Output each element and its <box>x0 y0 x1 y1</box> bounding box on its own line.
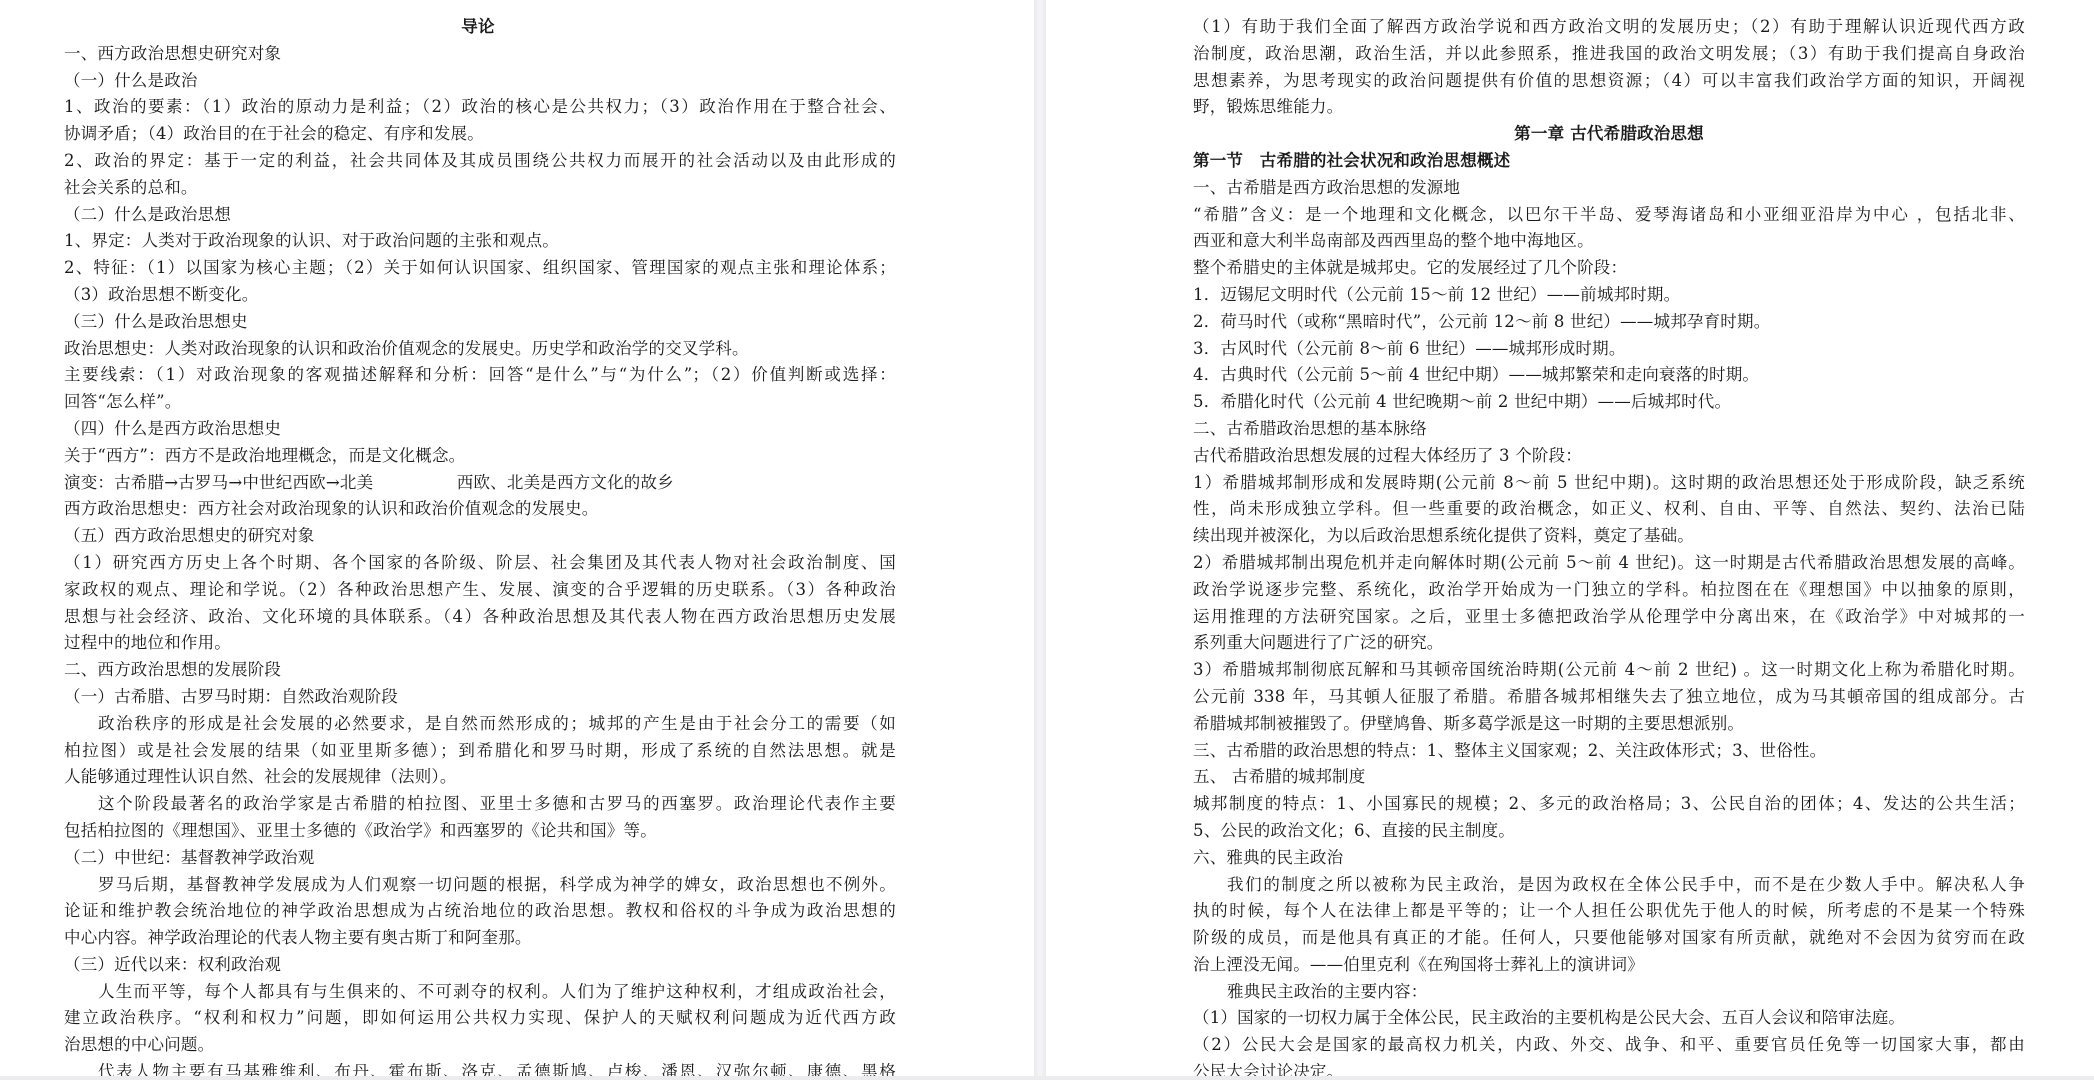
text-line: 2、政治的界定：基于一定的利益，社会共同体及其成员围绕公共权力而展开的社会活动以… <box>64 148 896 175</box>
text-line: 治思想的中心问题。 <box>64 1032 896 1059</box>
text-line: （一）什么是政治 <box>64 68 896 95</box>
text-line: 5．希腊化时代（公元前 4 世纪晚期～前 2 世纪中期）——后城邦时代。 <box>1193 389 2025 416</box>
text-line: 运用推理的方法研究国家。之后，亚里士多德把政治学从伦理学中分离出來，在《政治学》… <box>1193 604 2025 631</box>
text-line: 柏拉图）或是社会发展的结果（如亚里斯多德）；到希腊化和罗马时期，形成了系统的自然… <box>64 738 896 765</box>
text-line: 5、公民的政治文化；6、直接的民主制度。 <box>1193 818 2025 845</box>
text-line: 罗马后期，基督教神学发展成为人们观察一切问题的根据，科学成为神学的婢女，政治思想… <box>64 872 896 899</box>
text-line: 社会关系的总和。 <box>64 175 896 202</box>
text-line: 城邦制度的特点：1、小国寡民的规模；2、多元的政治格局；3、公民自治的团体；4、… <box>1193 791 2025 818</box>
text-line: 过程中的地位和作用。 <box>64 630 896 657</box>
text-line: （三）什么是政治思想史 <box>64 309 896 336</box>
text-line: 续出现并被深化，为以后政治思想系统化提供了资料，奠定了基础。 <box>1193 523 2025 550</box>
text-line: 政治秩序的形成是社会发展的必然要求，是自然而然形成的；城邦的产生是由于社会分工的… <box>64 711 896 738</box>
text-line: 执的时候，每个人在法律上都是平等的；让一个人担任公职优先于他人的时候，所考虑的不… <box>1193 898 2025 925</box>
text-line: 回答“怎么样”。 <box>64 389 896 416</box>
document-page-left: 导论 一、西方政治思想史研究对象（一）什么是政治1、政治的要素：（1）政治的原动… <box>0 0 1034 1076</box>
text-line: 2、特征：（1）以国家为核心主题；（2）关于如何认识国家、组织国家、管理国家的观… <box>64 255 896 282</box>
text-line: （二）中世纪：基督教神学政治观 <box>64 845 896 872</box>
left-page-body: 一、西方政治思想史研究对象（一）什么是政治1、政治的要素：（1）政治的原动力是利… <box>64 41 896 1076</box>
text-line: 阶级的成员，而是他具有真正的才能。任何人，只要他能够对国家有所贡献，就绝对不会因… <box>1193 925 2025 952</box>
text-line: 思想素养，为思考现实的政治问题提供有价值的思想资源；（4）可以丰富我们政治学方面… <box>1193 68 2025 95</box>
text-line: （三）近代以来：权利政治观 <box>64 952 896 979</box>
text-line: 二、古希腊政治思想的基本脉络 <box>1193 416 2025 443</box>
text-line: 五、 古希腊的城邦制度 <box>1193 764 2025 791</box>
text-line: 论证和维护教会统治地位的神学政治思想成为占统治地位的政治思想。教权和俗权的斗争成… <box>64 898 896 925</box>
section-heading: 第一节 古希腊的社会状况和政治思想概述 <box>1193 148 2025 175</box>
text-line: 治上湮没无闻。——伯里克利《在殉国将士葬礼上的演讲词》 <box>1193 952 2025 979</box>
text-line: 中心内容。神学政治理论的代表人物主要有奥古斯丁和阿奎那。 <box>64 925 896 952</box>
page-left-text: 导论 一、西方政治思想史研究对象（一）什么是政治1、政治的要素：（1）政治的原动… <box>64 14 896 1076</box>
text-line: 建立政治秩序。“权利和权力”问题，即如何运用公共权力实现、保护人的天赋权利问题成… <box>64 1005 896 1032</box>
viewer-bottom-edge <box>0 1076 2094 1080</box>
page-gutter <box>1034 0 1046 1080</box>
text-line: 公民大会讨论决定。 <box>1193 1059 2025 1076</box>
text-line: 人生而平等，每个人都具有与生俱来的、不可剥夺的权利。人们为了维护这种权利，才组成… <box>64 979 896 1006</box>
text-line: 1、界定：人类对于政治现象的认识、对于政治问题的主张和观点。 <box>64 228 896 255</box>
text-line: 希腊城邦制被摧毁了。伊壁鸠鲁、斯多葛学派是这一时期的主要思想派别。 <box>1193 711 2025 738</box>
text-line: 关于“西方”：西方不是政治地理概念，而是文化概念。 <box>64 443 896 470</box>
text-line: （1）国家的一切权力属于全体公民，民主政治的主要机构是公民大会、五百人会议和陪审… <box>1193 1005 2025 1032</box>
text-line: 1）希腊城邦制形成和发展時期(公元前 8～前 5 世纪中期)。这时期的政治思想还… <box>1193 470 2025 497</box>
text-line: 主要线索：（1）对政治现象的客观描述解释和分析：回答“是什么”与“为什么”；（2… <box>64 362 896 389</box>
text-line: 三、古希腊的政治思想的特点：1、整体主义国家观；2、关注政体形式；3、世俗性。 <box>1193 738 2025 765</box>
text-line: 家政权的观点、理论和学说。（2）各种政治思想产生、发展、演变的合乎逻辑的历史联系… <box>64 577 896 604</box>
text-line: （1）有助于我们全面了解西方政治学说和西方政治文明的发展历史；（2）有助于理解认… <box>1193 14 2025 41</box>
text-line: 古代希腊政治思想发展的过程大体经历了 3 个阶段： <box>1193 443 2025 470</box>
text-line: 演变：古希腊→古罗马→中世纪西欧→北美 西欧、北美是西方文化的故乡 <box>64 470 896 497</box>
text-line: 公元前 338 年，马其頓人征服了希腊。希腊各城邦相继失去了独立地位，成为马其頓… <box>1193 684 2025 711</box>
text-line: 3．古风时代（公元前 8～前 6 世纪）——城邦形成时期。 <box>1193 336 2025 363</box>
text-line: （四）什么是西方政治思想史 <box>64 416 896 443</box>
text-line: 2．荷马时代（或称“黑暗时代”，公元前 12～前 8 世纪）——城邦孕育时期。 <box>1193 309 2025 336</box>
text-line: 西亚和意大利半岛南部及西西里岛的整个地中海地区。 <box>1193 228 2025 255</box>
page-title: 导论 <box>64 14 896 41</box>
text-line: （一）古希腊、古罗马时期：自然政治观阶段 <box>64 684 896 711</box>
text-line: （3）政治思想不断变化。 <box>64 282 896 309</box>
chapter-heading: 第一章 古代希腊政治思想 <box>1193 121 2025 148</box>
text-line: “希腊”含义：是一个地理和文化概念，以巴尔干半岛、爱琴海诸岛和小亚细亚沿岸为中心… <box>1193 202 2025 229</box>
text-line: 3）希腊城邦制彻底瓦解和马其顿帝国统治時期(公元前 4～前 2 世纪) 。这一时… <box>1193 657 2025 684</box>
text-line: 西方政治思想史：西方社会对政治现象的认识和政治价值观念的发展史。 <box>64 496 896 523</box>
text-line: 一、古希腊是西方政治思想的发源地 <box>1193 175 2025 202</box>
text-line: （五）西方政治思想史的研究对象 <box>64 523 896 550</box>
text-line: 政治思想史：人类对政治现象的认识和政治价值观念的发展史。历史学和政治学的交叉学科… <box>64 336 896 363</box>
text-line: 一、西方政治思想史研究对象 <box>64 41 896 68</box>
text-line: 协调矛盾；（4）政治目的在于社会的稳定、有序和发展。 <box>64 121 896 148</box>
text-line: （2）公民大会是国家的最高权力机关，内政、外交、战争、和平、重要官员任免等一切国… <box>1193 1032 2025 1059</box>
page-right-text: （1）有助于我们全面了解西方政治学说和西方政治文明的发展历史；（2）有助于理解认… <box>1193 14 2025 1076</box>
text-line: 2）希腊城邦制出現危机并走向解体时期(公元前 5～前 4 世纪)。这一时期是古代… <box>1193 550 2025 577</box>
text-line: （二）什么是政治思想 <box>64 202 896 229</box>
text-line: 性，尚未形成独立学科。但一些重要的政治概念，如正义、权利、自由、平等、自然法、契… <box>1193 496 2025 523</box>
text-line: 这个阶段最著名的政治学家是古希腊的柏拉图、亚里士多德和古罗马的西塞罗。政治理论代… <box>64 791 896 818</box>
text-line: 整个希腊史的主体就是城邦史。它的发展经过了几个阶段： <box>1193 255 2025 282</box>
text-line: 代表人物主要有马基雅维利、布丹、霍布斯、洛克、孟德斯鸠、卢梭、潘恩、汉弥尔顿、康… <box>64 1059 896 1076</box>
text-line: 野，锻炼思维能力。 <box>1193 94 2025 121</box>
text-line: （1）研究西方历史上各个时期、各个国家的各阶级、阶层、社会集团及其代表人物对社会… <box>64 550 896 577</box>
text-line: 雅典民主政治的主要内容： <box>1193 979 2025 1006</box>
text-line: 包括柏拉图的《理想国》、亚里士多德的《政治学》和西塞罗的《论共和国》等。 <box>64 818 896 845</box>
text-line: 1、政治的要素：（1）政治的原动力是利益；（2）政治的核心是公共权力；（3）政治… <box>64 94 896 121</box>
document-page-right: （1）有助于我们全面了解西方政治学说和西方政治文明的发展历史；（2）有助于理解认… <box>1046 0 2094 1076</box>
text-line: 系列重大问题进行了广泛的研究。 <box>1193 630 2025 657</box>
text-line: 人能够通过理性认识自然、社会的发展规律（法则）。 <box>64 764 896 791</box>
text-line: 政治学说逐步完整、系统化，政治学开始成为一门独立的学科。柏拉图在在《理想国》中以… <box>1193 577 2025 604</box>
text-line: 六、雅典的民主政治 <box>1193 845 2025 872</box>
text-line: 二、西方政治思想的发展阶段 <box>64 657 896 684</box>
text-line: 思想与社会经济、政治、文化环境的具体联系。（4）各种政治思想及其代表人物在西方政… <box>64 604 896 631</box>
text-line: 我们的制度之所以被称为民主政治，是因为政权在全体公民手中，而不是在少数人手中。解… <box>1193 872 2025 899</box>
text-line: 治制度，政治思潮，政治生活，并以此参照系，推进我国的政治文明发展；（3）有助于我… <box>1193 41 2025 68</box>
text-line: 4．古典时代（公元前 5～前 4 世纪中期）——城邦繁荣和走向衰落的时期。 <box>1193 362 2025 389</box>
text-line: 1．迈锡尼文明时代（公元前 15～前 12 世纪）——前城邦时期。 <box>1193 282 2025 309</box>
right-page-body: （1）有助于我们全面了解西方政治学说和西方政治文明的发展历史；（2）有助于理解认… <box>1193 14 2025 1076</box>
